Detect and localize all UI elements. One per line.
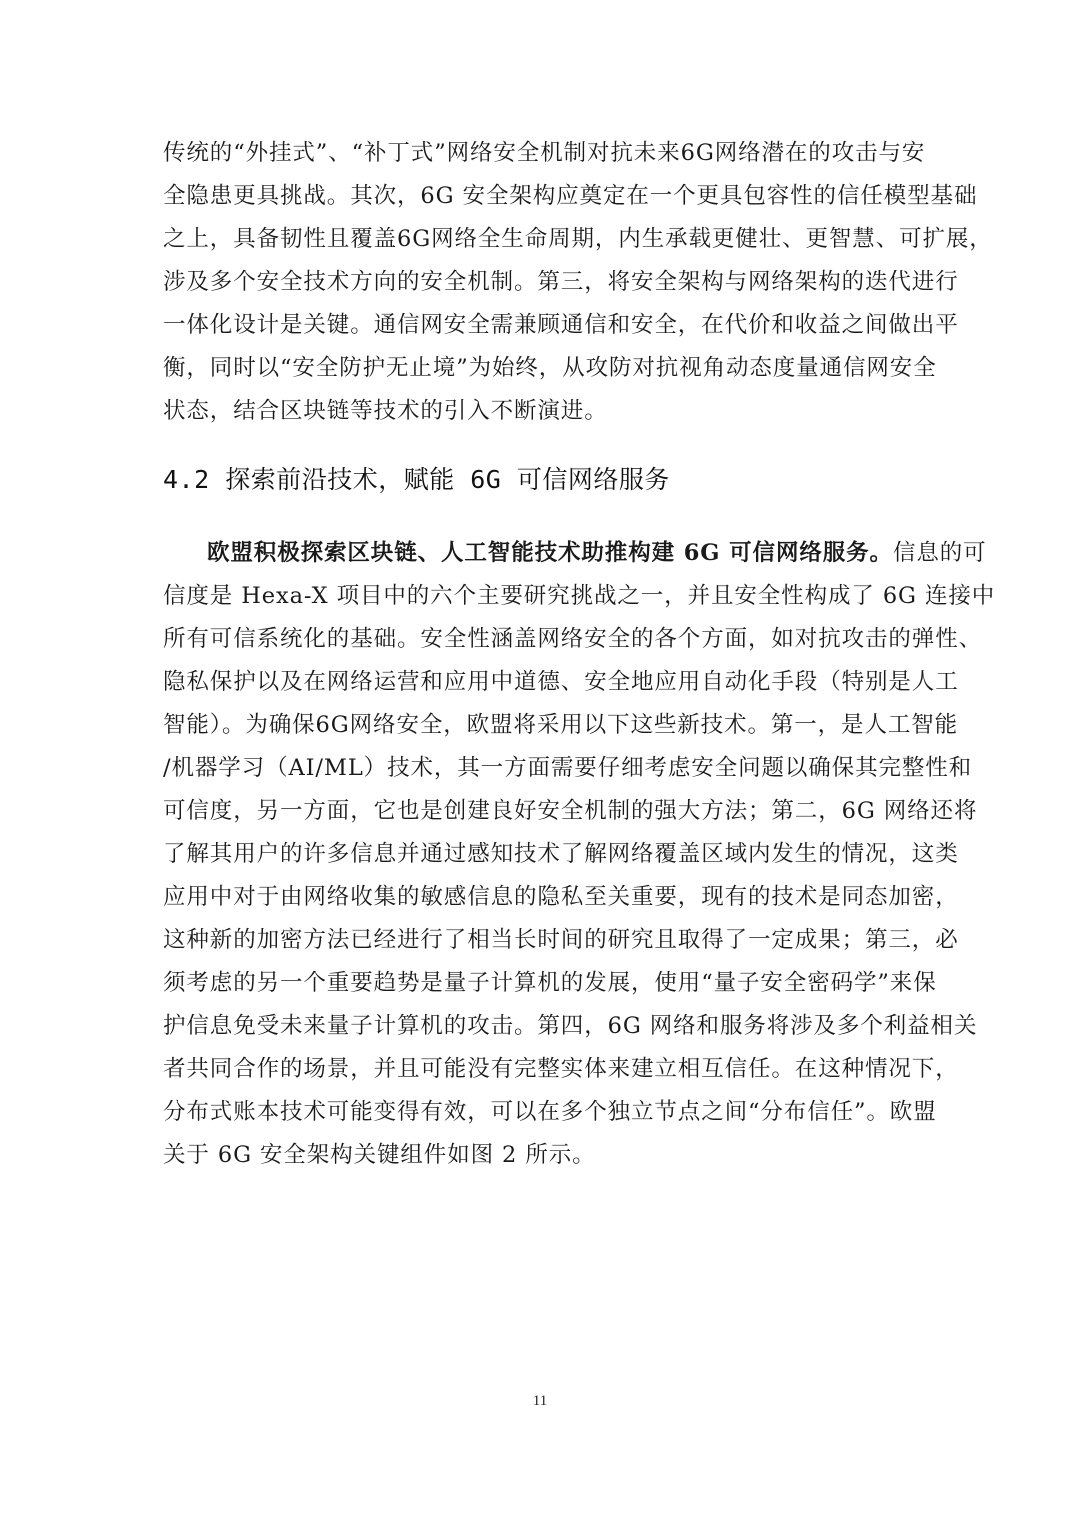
body-text-line: 隐私保护以及在网络运营和应用中道德、安全地应用自动化手段（特别是人工 bbox=[163, 667, 959, 697]
lead-rest-text: 信息的可 bbox=[893, 540, 987, 566]
body-text-line: 关于 6G 安全架构关键组件如图 2 所示。 bbox=[163, 1140, 596, 1170]
body-text-line: 应用中对于由网络收集的敏感信息的隐私至关重要，现有的技术是同态加密， bbox=[163, 882, 959, 912]
page-number: 11 bbox=[0, 1393, 1080, 1410]
body-text-line: 分布式账本技术可能变得有效，可以在多个独立节点之间“分布信任”。欧盟 bbox=[163, 1097, 937, 1127]
body-text-line: 护信息免受未来量子计算机的攻击。第四，6G 网络和服务将涉及多个利益相关 bbox=[163, 1011, 977, 1041]
lead-bold-sentence: 欧盟积极探索区块链、人工智能技术助推构建 6G 可信网络服务。 bbox=[207, 540, 893, 566]
body-text-line: 涉及多个安全技术方向的安全机制。第三，将安全架构与网络架构的迭代进行 bbox=[163, 267, 959, 297]
section-heading: 4.2 探索前沿技术，赋能 6G 可信网络服务 bbox=[163, 463, 670, 497]
paragraph-lead-line: 欧盟积极探索区块链、人工智能技术助推构建 6G 可信网络服务。信息的可 bbox=[207, 538, 987, 568]
body-text-line: 智能）。为确保6G网络安全，欧盟将采用以下这些新技术。第一，是人工智能 bbox=[163, 710, 958, 740]
body-text-line: 传统的“外挂式”、“补丁式”网络安全机制对抗未来6G网络潜在的攻击与安 bbox=[163, 138, 925, 168]
body-text-line: 这种新的加密方法已经进行了相当长时间的研究且取得了一定成果；第三，必 bbox=[163, 925, 959, 955]
body-text-line: 须考虑的另一个重要趋势是量子计算机的发展，使用“量子安全密码学”来保 bbox=[163, 968, 937, 998]
body-text-line: 信度是 Hexa-X 项目中的六个主要研究挑战之一，并且安全性构成了 6G 连接… bbox=[163, 581, 995, 611]
body-text-line: 者共同合作的场景，并且可能没有完整实体来建立相互信任。在这种情况下， bbox=[163, 1054, 959, 1084]
document-page: 传统的“外挂式”、“补丁式”网络安全机制对抗未来6G网络潜在的攻击与安 全隐患更… bbox=[0, 0, 1080, 1527]
body-text-line: 之上，具备韧性且覆盖6G网络全生命周期，内生承载更健壮、更智慧、可扩展， bbox=[163, 224, 993, 254]
body-text-line: 全隐患更具挑战。其次，6G 安全架构应奠定在一个更具包容性的信任模型基础 bbox=[163, 181, 977, 211]
body-text-line: 衡，同时以“安全防护无止境”为始终，从攻防对抗视角动态度量通信网安全 bbox=[163, 353, 937, 383]
body-text-line: 所有可信系统化的基础。安全性涵盖网络安全的各个方面，如对抗攻击的弹性、 bbox=[163, 624, 982, 654]
body-text-line: /机器学习（AI/ML）技术，其一方面需要仔细考虑安全问题以确保其完整性和 bbox=[163, 753, 972, 783]
body-text-line: 了解其用户的许多信息并通过感知技术了解网络覆盖区域内发生的情况，这类 bbox=[163, 839, 959, 869]
body-text-line: 一体化设计是关键。通信网安全需兼顾通信和安全，在代价和收益之间做出平 bbox=[163, 310, 959, 340]
body-text-line: 可信度，另一方面，它也是创建良好安全机制的强大方法；第二，6G 网络还将 bbox=[163, 796, 977, 826]
body-text-line: 状态，结合区块链等技术的引入不断演进。 bbox=[163, 396, 608, 426]
